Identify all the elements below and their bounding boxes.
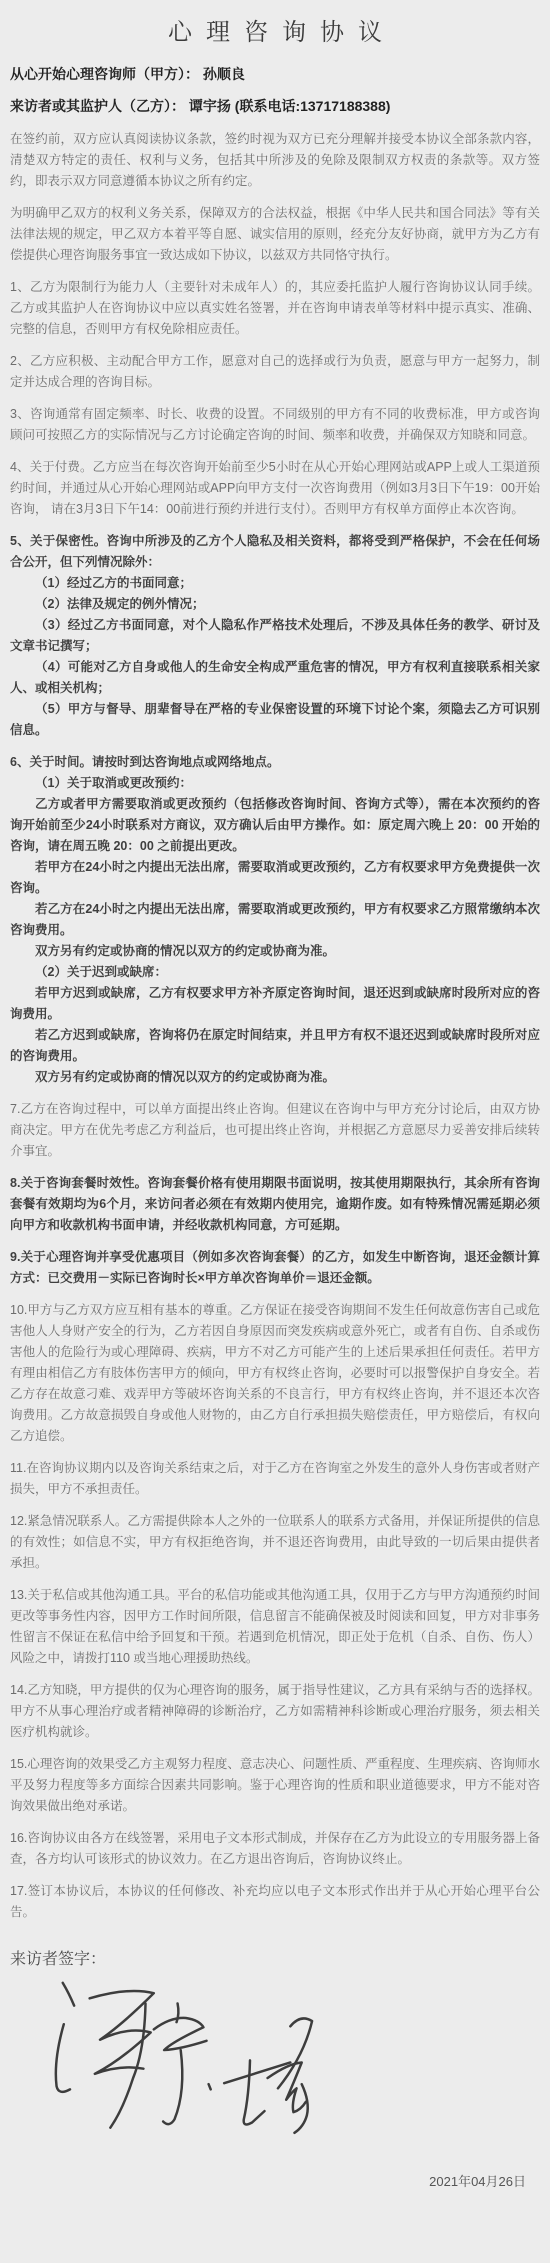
visitor-signature-label: 来访者签字： bbox=[10, 1949, 540, 1971]
agreement-paragraph: 若甲方在24小时之内提出无法出席，需要取消或更改预约，乙方有权要求甲方免费提供一… bbox=[10, 857, 540, 899]
agreement-paragraph: 15.心理咨询的效果受乙方主观努力程度、意志决心、问题性质、严重程度、生理疾病、… bbox=[10, 1754, 540, 1817]
agreement-paragraph: 16.咨询协议由各方在线签署，采用电子文本形式制成，并保存在乙方为此设立的专用服… bbox=[10, 1828, 540, 1870]
agreement-paragraph: 若乙方迟到或缺席，咨询将仍在原定时间结束，并且甲方有权不退还迟到或缺席时段所对应… bbox=[10, 1025, 540, 1067]
agreement-paragraph: 5、关于保密性。咨询中所涉及的乙方个人隐私及相关资料，都将受到严格保护，不会在任… bbox=[10, 531, 540, 573]
agreement-paragraph: 若甲方迟到或缺席，乙方有权要求甲方补齐原定咨询时间，退还迟到或缺席时段所对应的咨… bbox=[10, 983, 540, 1025]
agreement-paragraph: 12.紧急情况联系人。乙方需提供除本人之外的一位联系人的联系方式备用，并保证所提… bbox=[10, 1511, 540, 1574]
agreement-paragraph: 9.关于心理咨询并享受优惠项目（例如多次咨询套餐）的乙方，如发生中断咨询，退还金… bbox=[10, 1247, 540, 1289]
agreement-paragraph: （2）关于迟到或缺席： bbox=[10, 962, 540, 983]
agreement-paragraph: 6、关于时间。请按时到达咨询地点或网络地点。 bbox=[10, 752, 540, 773]
agreement-paragraph: （3）经过乙方书面同意，对个人隐私作严格技术处理后，不涉及具体任务的教学、研讨及… bbox=[10, 615, 540, 657]
party-a-line: 从心开始心理咨询师（甲方）： 孙顺良 bbox=[10, 65, 540, 83]
agreement-paragraph: 3、咨询通常有固定频率、时长、收费的设置。不同级别的甲方有不同的收费标准，甲方或… bbox=[10, 404, 540, 446]
agreement-paragraph: 4、关于付费。乙方应当在每次咨询开始前至少5小时在从心开始心理网站或APP上或人… bbox=[10, 457, 540, 520]
agreement-paragraph: （1）关于取消或更改预约： bbox=[10, 773, 540, 794]
agreement-paragraph: 双方另有约定或协商的情况以双方的约定或协商为准。 bbox=[10, 941, 540, 962]
agreement-body: 在签约前，双方应认真阅读协议条款，签约时视为双方已充分理解并接受本协议全部条款内… bbox=[10, 129, 540, 1923]
agreement-paragraph: 10.甲方与乙方双方应互相有基本的尊重。乙方保证在接受咨询期间不发生任何故意伤害… bbox=[10, 1300, 540, 1447]
agreement-paragraph: 乙方或者甲方需要取消或更改预约（包括修改咨询时间、咨询方式等），需在本次预约的咨… bbox=[10, 794, 540, 857]
agreement-paragraph: 1、乙方为限制行为能力人（主要针对未成年人）的，其应委托监护人履行咨询协议认同手… bbox=[10, 277, 540, 340]
agreement-paragraph: 14.乙方知晓，甲方提供的仅为心理咨询的服务，属于指导性建议，乙方具有采纳与否的… bbox=[10, 1680, 540, 1743]
agreement-paragraph: （4）可能对乙方自身或他人的生命安全构成严重危害的情况，甲方有权利直接联系相关家… bbox=[10, 657, 540, 699]
agreement-paragraph: 2、乙方应积极、主动配合甲方工作，愿意对自己的选择或行为负责，愿意与甲方一起努力… bbox=[10, 351, 540, 393]
agreement-paragraph: 13.关于私信或其他沟通工具。平台的私信功能或其他沟通工具，仅用于乙方与甲方沟通… bbox=[10, 1585, 540, 1669]
agreement-paragraph: 17.签订本协议后，本协议的任何修改、补充均应以电子文本形式作出并于从心开始心理… bbox=[10, 1881, 540, 1923]
agreement-paragraph: （1）经过乙方的书面同意； bbox=[10, 573, 540, 594]
agreement-paragraph: 8.关于咨询套餐时效性。咨询套餐价格有使用期限书面说明，按其使用期限执行，其余所… bbox=[10, 1173, 540, 1236]
agreement-paragraph: 若乙方在24小时之内提出无法出席，需要取消或更改预约，甲方有权要求乙方照常缴纳本… bbox=[10, 899, 540, 941]
agreement-paragraph: （5）甲方与督导、朋辈督导在严格的专业保密设置的环境下讨论个案，须隐去乙方可识别… bbox=[10, 699, 540, 741]
signing-date: 2021年04月26日 bbox=[10, 2171, 540, 2190]
agreement-paragraph: 为明确甲乙双方的权利义务关系，保障双方的合法权益，根据《中华人民共和国合同法》等… bbox=[10, 203, 540, 266]
agreement-paragraph: 11.在咨询协议期内以及咨询关系结束之后，对于乙方在咨询室之外发生的意外人身伤害… bbox=[10, 1458, 540, 1500]
visitor-signature-image bbox=[40, 1977, 340, 2149]
signature-strokes-icon bbox=[40, 1977, 340, 2149]
party-b-line: 来访者或其监护人（乙方）： 谭宇扬 (联系电话:13717188388) bbox=[10, 97, 540, 115]
agreement-paragraph: 在签约前，双方应认真阅读协议条款，签约时视为双方已充分理解并接受本协议全部条款内… bbox=[10, 129, 540, 192]
page-title: 心理咨询协议 bbox=[10, 12, 540, 47]
agreement-document: 心理咨询协议 从心开始心理咨询师（甲方）： 孙顺良 来访者或其监护人（乙方）： … bbox=[0, 0, 550, 2263]
agreement-paragraph: 7.乙方在咨询过程中，可以单方面提出终止咨询。但建议在咨询中与甲方充分讨论后，由… bbox=[10, 1099, 540, 1162]
agreement-paragraph: 双方另有约定或协商的情况以双方的约定或协商为准。 bbox=[10, 1067, 540, 1088]
agreement-paragraph: （2）法律及规定的例外情况； bbox=[10, 594, 540, 615]
